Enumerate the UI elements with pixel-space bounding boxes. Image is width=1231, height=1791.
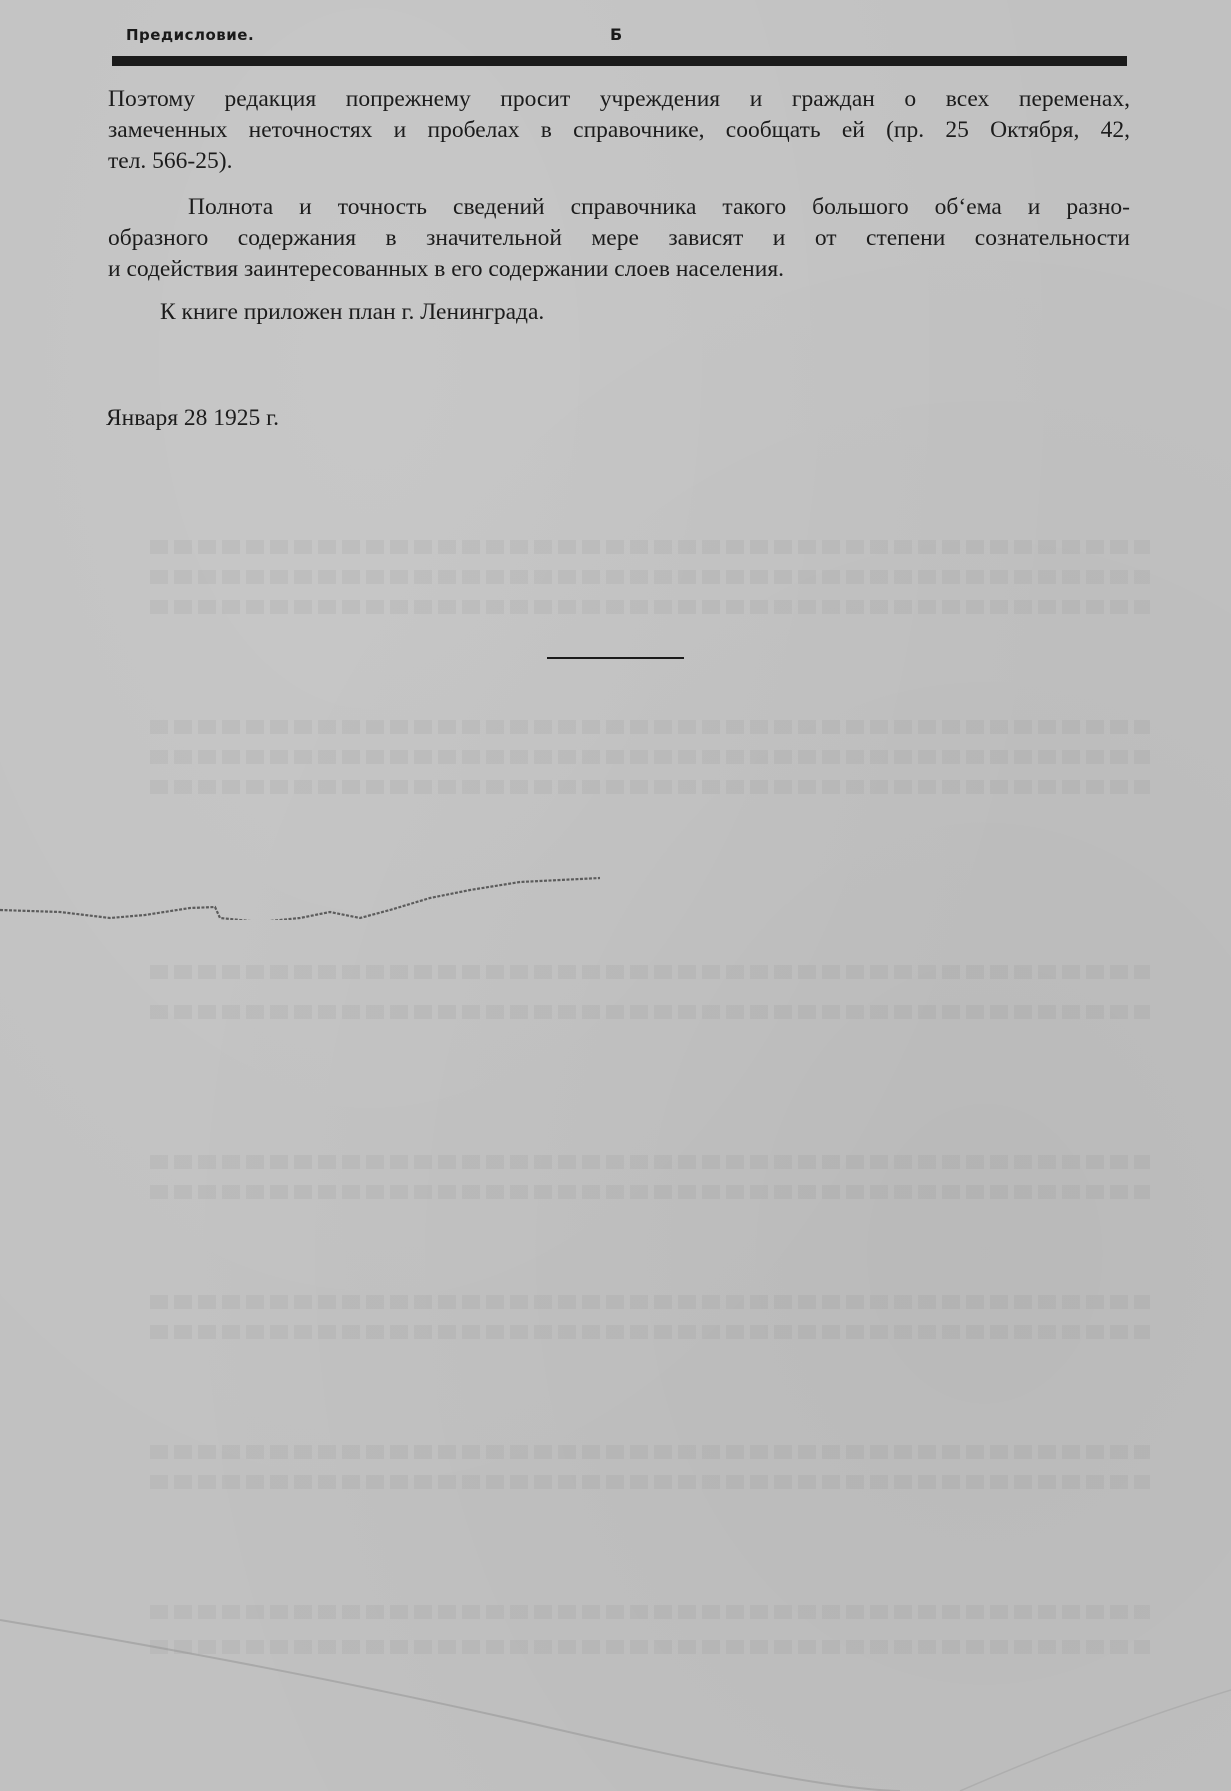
show-through-text [150, 1185, 1150, 1199]
date-line: Января 28 1925 г. [106, 405, 279, 432]
paper-crease [0, 1560, 1231, 1791]
paper-tear [0, 860, 600, 920]
text-line: Полнота и точность сведений справочника … [108, 192, 1130, 223]
show-through-text [150, 1445, 1150, 1459]
running-title: Предисловие. [126, 26, 254, 44]
header-rule [112, 56, 1127, 66]
text-line: Поэтому редакция попрежнему просит учреж… [108, 84, 1130, 115]
section-divider [547, 657, 684, 659]
show-through-text [150, 1475, 1150, 1489]
show-through-text [150, 600, 1150, 614]
show-through-text [150, 540, 1150, 554]
show-through-text [150, 720, 1150, 734]
text-line: образного содержания в значительной мере… [108, 223, 1130, 254]
text-line: замеченных неточностях и пробелах в спра… [108, 115, 1130, 146]
page-number: Б [610, 25, 622, 44]
show-through-text [150, 1155, 1150, 1169]
paragraph-completeness: Полнота и точность сведений справочника … [108, 192, 1130, 285]
show-through-text [150, 570, 1150, 584]
running-head: Предисловие. Б [126, 26, 1126, 46]
paragraph-contact-request: Поэтому редакция попрежнему просит учреж… [108, 84, 1130, 177]
show-through-text [150, 1005, 1150, 1019]
show-through-text [150, 1295, 1150, 1309]
show-through-text [150, 780, 1150, 794]
show-through-text [150, 1325, 1150, 1339]
show-through-text [150, 965, 1150, 979]
text-line: тел. 566-25). [108, 146, 1130, 177]
text-line: и содействия заинтересованных в его соде… [108, 254, 1130, 285]
document-page: Предисловие. Б Поэтому редакция попрежне… [0, 0, 1231, 1791]
paragraph-map-note: К книге приложен план г. Ленинграда. [160, 297, 960, 328]
show-through-text [150, 750, 1150, 764]
